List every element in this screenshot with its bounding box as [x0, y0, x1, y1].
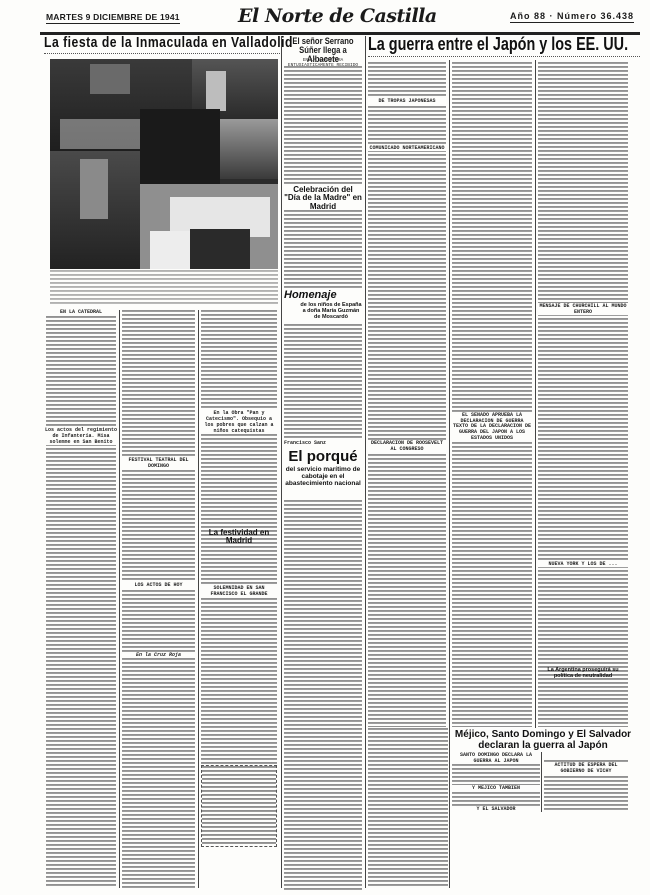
porque-article [284, 500, 362, 890]
photo-collage [50, 59, 278, 269]
subhead: COMUNICADO NORTEAMERICANO [368, 145, 446, 151]
left-article-col-2 [122, 310, 195, 888]
headline-divider [44, 53, 280, 54]
byline: Francisco Sanz [284, 440, 362, 446]
homenaje-headline: Homenaje [284, 290, 362, 302]
subhead: EN LA CATEDRAL [46, 309, 116, 315]
subhead: FESTIVAL TEATRAL DEL DOMINGO [122, 457, 195, 469]
right-headline: La guerra entre el Japón y los EE. UU. [368, 34, 628, 55]
column-rule [365, 36, 366, 888]
church-appeal-box [201, 765, 277, 847]
photo-virgin-statue [80, 159, 108, 219]
column-rule [119, 310, 120, 888]
right-article-col-1 [368, 62, 446, 727]
column-rule [198, 310, 199, 888]
issue-number: Año 88 · Número 36.438 [510, 11, 634, 23]
right-article-col-2 [452, 62, 532, 727]
porque-headline: El porqué [284, 449, 362, 465]
subhead: NUEVA YORK Y LOS DE ... [538, 561, 628, 567]
mexico-headline: Méjico, Santo Domingo y El Salvador decl… [452, 730, 634, 751]
column-rule [535, 60, 536, 728]
homenaje-article [284, 324, 362, 438]
column-rule [281, 36, 282, 888]
column-rule [449, 60, 450, 888]
photo-building [220, 119, 278, 179]
dia-madre-article [284, 210, 362, 290]
serrano-suner-article [284, 66, 362, 186]
newspaper-title: El Norte de Castilla [238, 5, 437, 27]
masthead: MARTES 9 DICIEMBRE DE 1941 El Norte de C… [40, 6, 640, 32]
photo-priest-figure [206, 71, 226, 111]
subhead: DE TROPAS JAPONESAS [368, 98, 446, 104]
porque-subhead: del servicio marítimo de cabotaje en el … [284, 467, 362, 487]
photo-detail [90, 64, 130, 94]
right-article-col-1-continued [368, 728, 448, 888]
subhead: SOLEMNIDAD EN SAN FRANCISCO EL GRANDE [201, 585, 277, 597]
subhead: Y EL SALVADOR [452, 806, 540, 812]
subhead: SANTO DOMINGO DECLARA LA GUERRA AL JAPON [452, 752, 540, 764]
subhead: La festividad en Madrid [201, 529, 277, 546]
photo-caption [50, 270, 278, 306]
homenaje-subhead: de los niños de España a doña María Guzm… [300, 303, 362, 320]
subhead: La Argentina proseguirá su política de n… [538, 668, 628, 680]
subhead: En la Cruz Roja [122, 652, 195, 658]
subhead: LOS ACTOS DE HOY [122, 582, 195, 588]
subhead: En la Obra "Pan y Catecismo". Obsequio a… [201, 410, 277, 434]
headline-divider [368, 56, 640, 57]
photo-signing [140, 109, 220, 184]
photo-children [150, 231, 190, 269]
subhead: Los actos del regimiento de Infantería. … [44, 427, 118, 445]
right-article-col-3 [538, 62, 628, 727]
subhead: Y MEJICO TAMBIEN [452, 785, 540, 791]
subhead: DECLARACION DE ROOSEVELT AL CONGRESO [368, 440, 446, 452]
photo-flowers [60, 119, 140, 149]
subhead: MENSAJE DE CHURCHILL AL MUNDO ENTERO [538, 303, 628, 315]
left-article-col-1 [46, 316, 116, 888]
subhead: ACTITUD DE ESPERA DEL GOBIERNO DE VICHY [544, 762, 628, 774]
subhead: TEXTO DE LA DECLARACION DE GUERRA DEL JA… [452, 423, 532, 441]
column-rule [541, 752, 542, 812]
madre-headline: Celebración del "Día de la Madre" en Mad… [284, 186, 362, 211]
issue-date: MARTES 9 DICIEMBRE DE 1941 [46, 12, 180, 24]
left-headline: La fiesta de la Inmaculada en Valladolid [44, 35, 293, 51]
photo-dignitaries [190, 229, 250, 269]
